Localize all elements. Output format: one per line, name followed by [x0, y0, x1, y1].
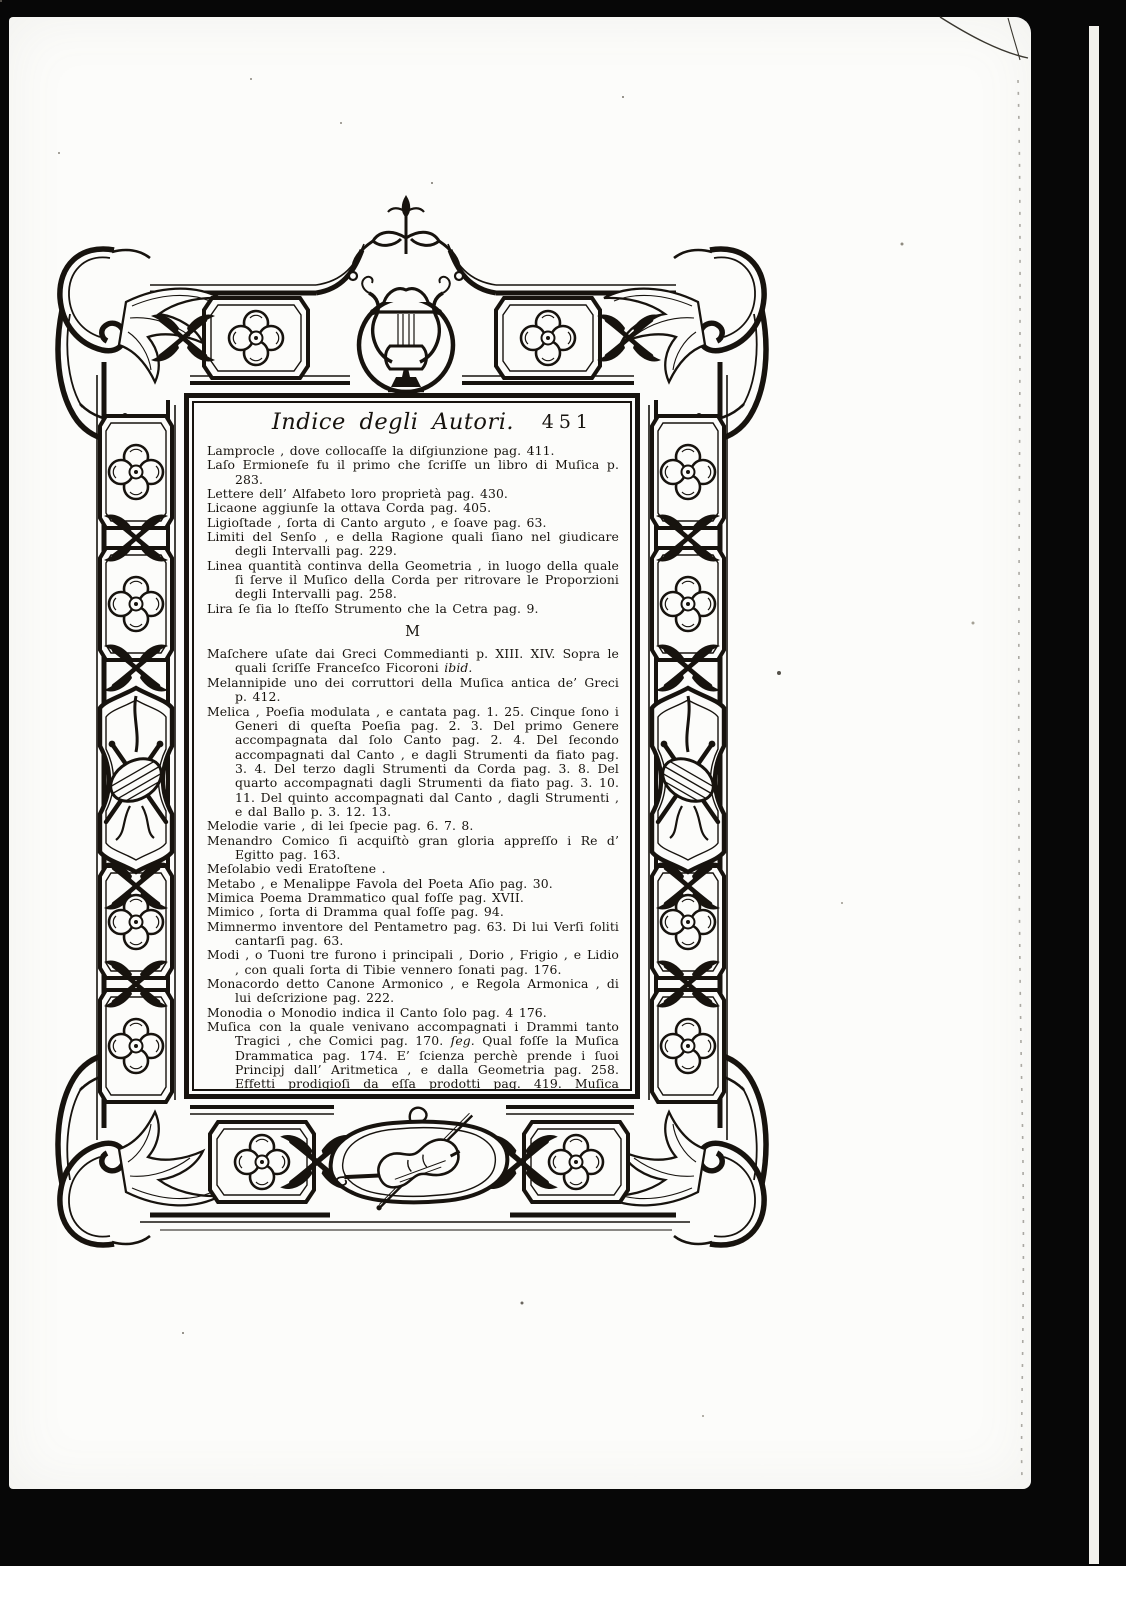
index-entry: Mimico , ſorta di Dramma qual foſſe pag.… — [207, 905, 619, 919]
index-entry: Laſo Ermioneſe fu il primo che ſcriſſe u… — [207, 458, 619, 487]
index-entry: Melica , Poeſia modulata , e cantata pag… — [207, 705, 619, 820]
next-page-edge — [1089, 26, 1099, 1564]
index-entry: Maſchere uſate dai Greci Commedianti p. … — [207, 647, 619, 676]
scan-noise — [0, 0, 2, 2]
index-entry: Mimnermo inventore del Pentametro pag. 6… — [207, 920, 619, 949]
index-text-panel: Indice degli Autori. 451 Lamprocle , dov… — [184, 393, 640, 1099]
index-entry: Lettere dell’ Alfabeto loro proprietà pa… — [207, 487, 619, 501]
index-entry: Ligioſtade , ſorta di Canto arguto , e ſ… — [207, 516, 619, 530]
index-entry: Melannipide uno dei corruttori della Muſ… — [207, 676, 619, 705]
page-number: 451 — [542, 411, 593, 433]
section-l-entries: Lamprocle , dove collocaſſe la diſgiunzi… — [207, 444, 619, 616]
index-entry: Lira ſe ſia lo ſteſſo Strumento che la C… — [207, 602, 619, 616]
scanned-book-page: { "scan": { "background_color": "#070707… — [0, 0, 1126, 1600]
index-entry: Modi , o Tuoni tre furono i principali ,… — [207, 948, 619, 977]
index-entry: Menandro Comico ſi acquiſtò gran gloria … — [207, 834, 619, 863]
index-entry: Melodie varie , di lei ſpecie pag. 6. 7.… — [207, 819, 619, 833]
index-entry: Lamprocle , dove collocaſſe la diſgiunzi… — [207, 444, 619, 458]
index-entry: Licaone aggiunſe la ottava Corda pag. 40… — [207, 501, 619, 515]
section-m-entries: Maſchere uſate dai Greci Commedianti p. … — [207, 647, 619, 1091]
page-title: Indice degli Autori. — [272, 409, 514, 435]
index-text-inner: Indice degli Autori. 451 Lamprocle , dov… — [192, 401, 632, 1091]
section-m-heading: M — [207, 624, 619, 640]
index-entry: Monacordo detto Canone Armonico , e Rego… — [207, 977, 619, 1006]
index-entry: Linea quantità continva della Geometria … — [207, 559, 619, 602]
index-entry: Muſica con la quale venivano accompagnat… — [207, 1020, 619, 1091]
index-entry: Limiti del Senſo , e della Ragione quali… — [207, 530, 619, 559]
index-entry: Metabo , e Menalippe Favola del Poeta Aſ… — [207, 877, 619, 891]
index-entry: Mimica Poema Drammatico qual foſſe pag. … — [207, 891, 619, 905]
page-header: Indice degli Autori. 451 — [207, 409, 579, 435]
index-entry: Monodia o Monodio indica il Canto ſolo p… — [207, 1006, 619, 1020]
index-entry: Meſolabio vedi Eratoſtene . — [207, 862, 619, 876]
